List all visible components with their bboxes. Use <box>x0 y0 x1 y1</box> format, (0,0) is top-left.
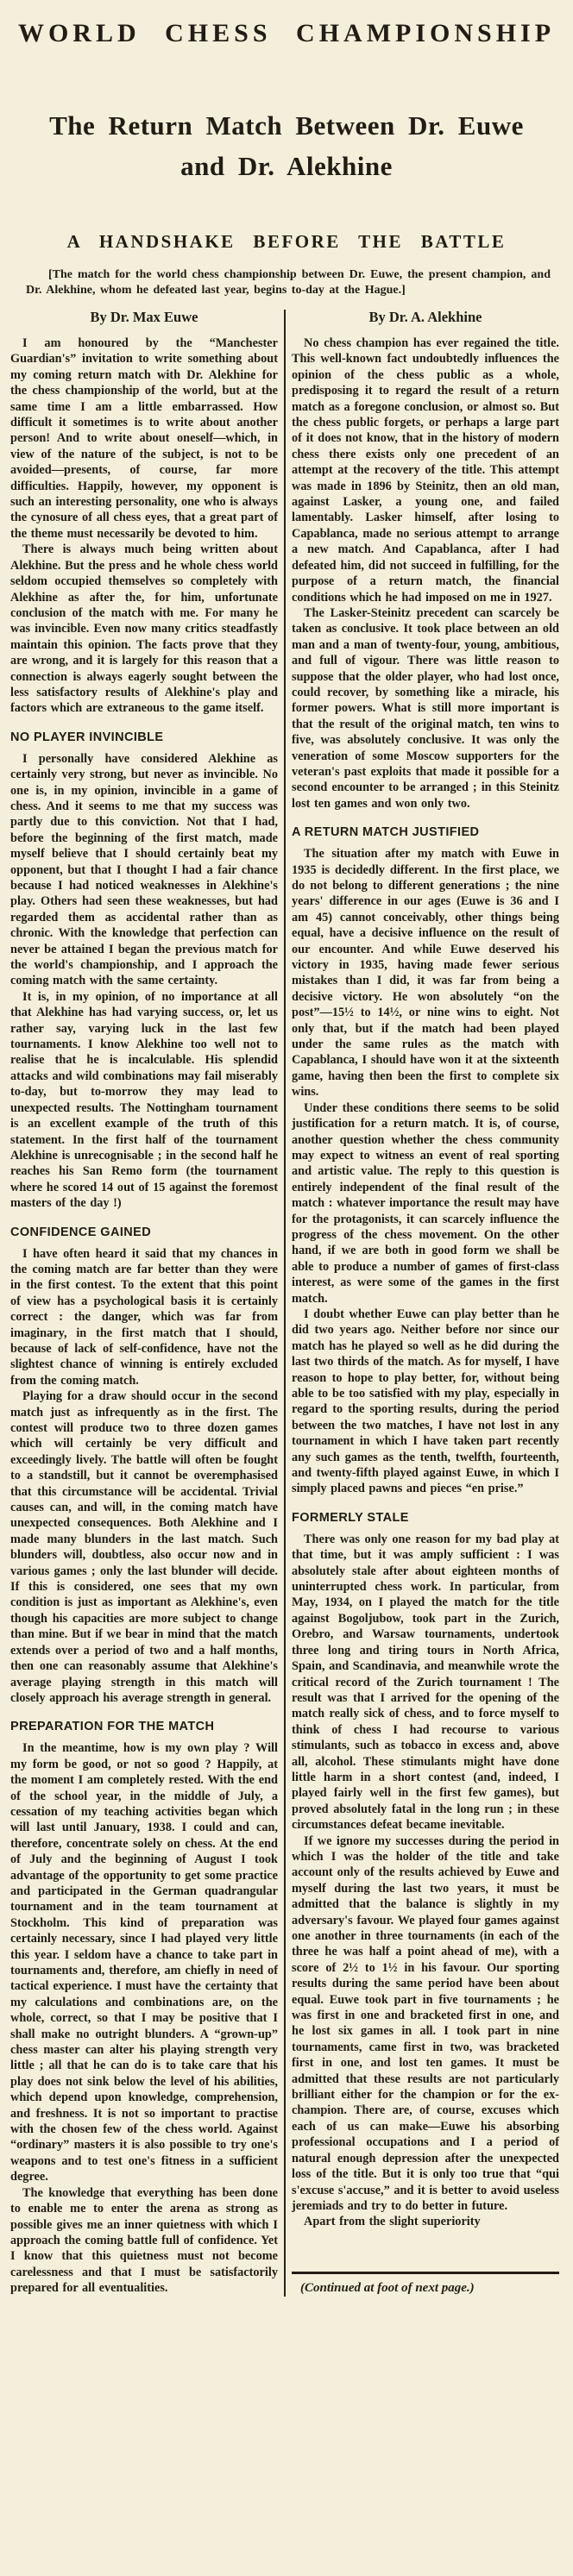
article-paragraph: In the meantime, how is my own play ? Wi… <box>10 1740 278 2184</box>
article-paragraph: The Lasker-Steinitz precedent can scarce… <box>292 605 559 812</box>
continuation-note: (Continued at foot of next page.) <box>292 2280 559 2297</box>
article-paragraph: No chess champion has ever regained the … <box>292 335 559 605</box>
article-paragraph: If we ignore my successes during the per… <box>292 1833 559 2215</box>
continuation-rule <box>292 2272 559 2274</box>
standfirst-note: [The match for the world chess champions… <box>26 267 551 298</box>
article-paragraph: Playing for a draw should occur in the s… <box>10 1388 278 1706</box>
article-columns: By Dr. Max Euwe I am honoured by the “Ma… <box>10 306 559 2297</box>
article-paragraph: It is, in my opinion, of no importance a… <box>10 989 278 1212</box>
section-heading: CONFIDENCE GAINED <box>10 1225 278 1240</box>
article-paragraph: The situation after my match with Euwe i… <box>292 846 559 1100</box>
newspaper-page: WORLD CHESS CHAMPIONSHIP The Return Matc… <box>0 0 573 2576</box>
article-paragraph: I personally have considered Alekhine as… <box>10 751 278 989</box>
column-alekhine-body: No chess champion has ever regained the … <box>292 335 559 2263</box>
byline-euwe: By Dr. Max Euwe <box>10 308 278 327</box>
article-paragraph: I doubt whether Euwe can play better tha… <box>292 1307 559 1497</box>
column-divider-rule <box>284 310 286 2297</box>
section-heading: PREPARATION FOR THE MATCH <box>10 1719 278 1734</box>
section-heading: A RETURN MATCH JUSTIFIED <box>292 824 559 840</box>
article-subtitle: The Return Match Between Dr. Euwe and Dr… <box>9 105 564 186</box>
article-subheading: A HANDSHAKE BEFORE THE BATTLE <box>9 229 564 254</box>
article-paragraph: Apart from the slight superiority <box>292 2214 559 2229</box>
article-paragraph: I am honoured by the “Manchester Guardia… <box>10 335 278 542</box>
article-paragraph: Under these conditions there seems to be… <box>292 1100 559 1307</box>
section-heading: NO PLAYER INVINCIBLE <box>10 730 278 745</box>
article-title: WORLD CHESS CHAMPIONSHIP <box>9 16 564 52</box>
article-paragraph: There is always much being written about… <box>10 542 278 716</box>
column-alekhine: By Dr. A. Alekhine No chess champion has… <box>292 306 559 2297</box>
section-heading: FORMERLY STALE <box>292 1510 559 1526</box>
column-euwe-body: I am honoured by the “Manchester Guardia… <box>10 335 278 2297</box>
article-subtitle-line-2: and Dr. Alekhine <box>9 146 564 186</box>
byline-alekhine: By Dr. A. Alekhine <box>292 308 559 327</box>
continuation-note-block: (Continued at foot of next page.) <box>292 2270 559 2297</box>
column-euwe: By Dr. Max Euwe I am honoured by the “Ma… <box>10 306 278 2297</box>
article-paragraph: There was only one reason for my bad pla… <box>292 1532 559 1833</box>
article-subtitle-line-1: The Return Match Between Dr. Euwe <box>9 105 564 146</box>
article-paragraph: I have often heard it said that my chanc… <box>10 1246 278 1389</box>
article-paragraph: The knowledge that everything has been d… <box>10 2185 278 2297</box>
